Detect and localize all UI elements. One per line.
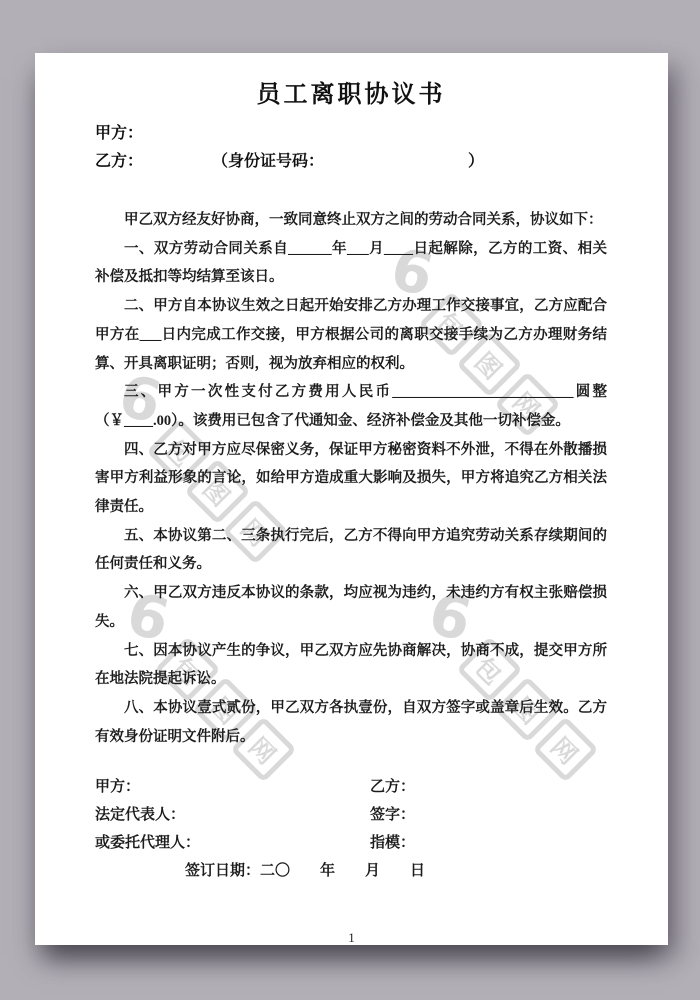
clause-8: 八、本协议壹式贰份，甲乙双方各执壹份，自双方签字或盖章后生效。乙方有效身份证明文… [95, 694, 607, 751]
sig-legal-rep-label: 法定代表人： [95, 801, 370, 829]
sig-party-b-label: 乙方： [370, 773, 607, 801]
signature-block: 甲方： 法定代表人： 或委托代理人： 乙方： 签字： 指模： 签订日期：二〇 年… [95, 773, 607, 885]
clause-4: 四、乙方对甲方应尽保密义务，保证甲方秘密资料不外泄，不得在外散播损害甲方利益形象… [95, 436, 607, 522]
intro-paragraph: 甲乙双方经友好协商，一致同意终止双方之间的劳动合同关系，协议如下： [95, 206, 607, 235]
sig-agent-label: 或委托代理人： [95, 829, 370, 857]
agreement-body: 甲乙双方经友好协商，一致同意终止双方之间的劳动合同关系，协议如下： 一、双方劳动… [95, 206, 607, 751]
party-a-line: 甲方： [95, 120, 607, 148]
signature-left-column: 甲方： 法定代表人： 或委托代理人： [95, 773, 370, 857]
gray-backdrop: 6 包 图 网 6 包 图 网 6 包 图 网 6 包 图 网 [0, 0, 700, 1000]
signature-grid: 甲方： 法定代表人： 或委托代理人： 乙方： 签字： 指模： [95, 773, 607, 857]
clause-6: 六、甲乙双方违反本协议的条款，均应视为违约，未违约方有权主张赔偿损失。 [95, 579, 607, 636]
sig-party-a-label: 甲方： [95, 773, 370, 801]
document-page: 6 包 图 网 6 包 图 网 6 包 图 网 6 包 图 网 [35, 53, 668, 945]
party-b-line: 乙方：（身份证号码：） [95, 148, 607, 176]
party-a-label: 甲方： [95, 125, 143, 142]
sig-sign-label: 签字： [370, 801, 607, 829]
page-number: 1 [35, 930, 668, 945]
clause-7: 七、因本协议产生的争议，甲乙双方应先协商解决，协商不成，提交甲方所在地法院提起诉… [95, 637, 607, 694]
clause-5: 五、本协议第二、三条执行完后，乙方不得向甲方追究劳动关系存续期间的任何责任和义务… [95, 522, 607, 579]
document-content: 员工离职协议书 甲方： 乙方：（身份证号码：） 甲乙双方经友好协商，一致同意终止… [35, 53, 668, 945]
clause-2: 二、甲方自本协议生效之日起开始安排乙方办理工作交接事宜，乙方应配合甲方在___日… [95, 292, 607, 378]
signature-right-column: 乙方： 签字： 指模： [370, 773, 607, 857]
id-card-label: （身份证号码： [220, 153, 316, 170]
signing-date-line: 签订日期：二〇 年 月 日 [95, 857, 607, 885]
clause-3: 三、甲方一次性支付乙方费用人民币________________________… [95, 378, 607, 435]
id-card-close-paren: ） [468, 153, 484, 170]
clause-1: 一、双方劳动合同关系自______年___月____日起解除，乙方的工资、相关补… [95, 235, 607, 292]
document-title: 员工离职协议书 [95, 80, 607, 110]
party-b-label: 乙方： [95, 153, 143, 170]
sig-fingerprint-label: 指模： [370, 829, 607, 857]
